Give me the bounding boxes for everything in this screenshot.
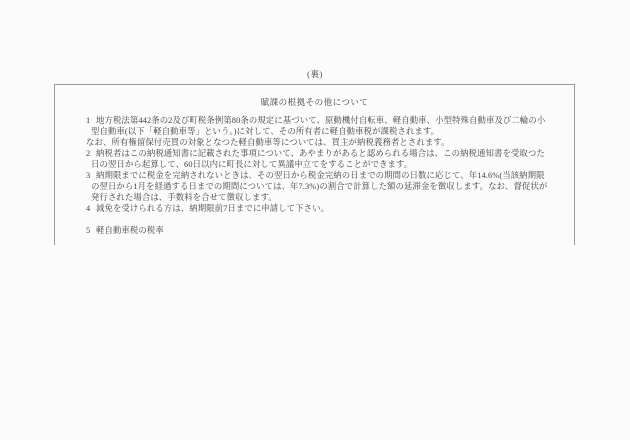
item-number: 5 [86,226,96,235]
notice-line: 4減免を受けられる方は、納期限前7日までに申請して下さい。 [86,204,329,213]
item-text: の翌日から1月を経過する日までの期間については、年7.3%)の割合で計算した額の… [91,182,547,191]
item-text: 減免を受けられる方は、納期限前7日までに申請して下さい。 [96,204,329,213]
notice-line: なお、所有権留保付売買の対象となつた軽自動車等については、買主が納税義務者とされ… [86,138,450,147]
item-number: 2 [86,149,96,158]
item-text: 軽自動車税の税率 [96,226,164,235]
item-text: 型自動車(以下「軽自動車等」という。)に対して、その所有者に軽自動車税が課税され… [91,127,439,136]
notice-line: 3納期限までに税金を完納されないときは、その翌日から税金完納の日までの期間の日数… [86,171,545,180]
notice-line: 発行された場合は、手数料を合せて徴収します。 [91,193,277,202]
item-text: 納税者はこの納税通知書に記載された事項について、あやまりがあると認められる場合は… [96,149,545,158]
item-text: 日の翌日から起算して、60日以内に町長に対して異議申立てをすることができます。 [91,160,412,169]
scanned-notice-page: (裏) 賦課の根拠その他について 1地方税法第442条の2及び町税条例第80条の… [0,0,630,440]
notice-line: 2納税者はこの納税通知書に記載された事項について、あやまりがあると認められる場合… [86,149,545,158]
notice-line: 日の翌日から起算して、60日以内に町長に対して異議申立てをすることができます。 [91,160,412,169]
item-number: 3 [86,171,96,180]
item-text: 発行された場合は、手数料を合せて徴収します。 [91,193,277,202]
notice-box: 賦課の根拠その他について 1地方税法第442条の2及び町税条例第80条の規定に基… [54,84,575,245]
notice-line: 1地方税法第442条の2及び町税条例第80条の規定に基づいて、原動機付自転車、軽… [86,116,545,125]
item-number: 4 [86,204,96,213]
notice-line: 5軽自動車税の税率 [86,226,164,235]
notice-line: 型自動車(以下「軽自動車等」という。)に対して、その所有者に軽自動車税が課税され… [91,127,439,136]
item-text: 納期限までに税金を完納されないときは、その翌日から税金完納の日までの期間の日数に… [96,171,545,180]
notice-title: 賦課の根拠その他について [55,98,574,107]
item-text: 地方税法第442条の2及び町税条例第80条の規定に基づいて、原動機付自転車、軽自… [96,116,545,125]
item-number: 1 [86,116,96,125]
page-side-label: (裏) [0,70,630,79]
notice-line: の翌日から1月を経過する日までの期間については、年7.3%)の割合で計算した額の… [91,182,547,191]
item-text: なお、所有権留保付売買の対象となつた軽自動車等については、買主が納税義務者とされ… [86,138,450,147]
